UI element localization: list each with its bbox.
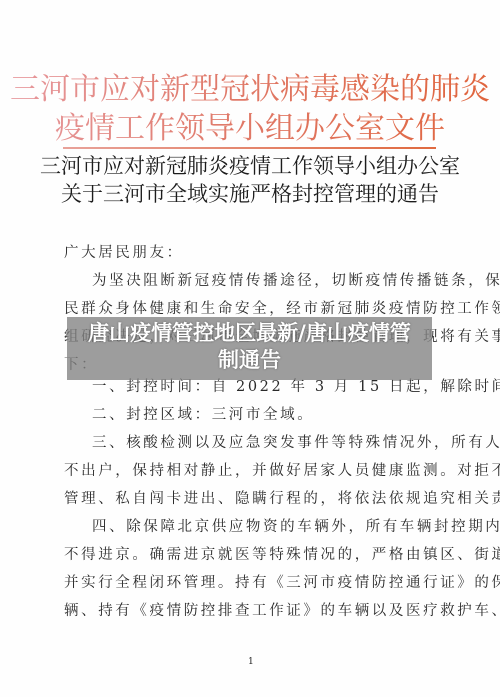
body-line: 管理、私自闯卡进出、隐瞒行程的，将依法依规追究相关责任。 xyxy=(64,487,444,508)
greeting: 广大居民朋友： xyxy=(64,241,444,262)
body-line: 民群众身体健康和生命安全，经市新冠肺炎疫情防控工作领导小 xyxy=(64,297,444,318)
body-line: 不得进京。确需进京就医等特殊情况的，严格由镇区、街道审批， xyxy=(64,543,444,564)
body-line: 三、核酸检测以及应急突发事件等特殊情况外，所有人员足 xyxy=(64,431,472,452)
body-line: 四、除保障北京供应物资的车辆外，所有车辆封控期内一律 xyxy=(64,515,472,536)
body-line: 不出户，保持相对静止，并做好居家人员健康监测。对拒不服从 xyxy=(64,459,444,480)
page-number: 1 xyxy=(248,657,254,667)
body-line: 并实行全程闭环管理。持有《三河市疫情防控通行证》的保供车 xyxy=(64,571,444,592)
red-header-title-line1: 三河市应对新型冠状病毒感染的肺炎 xyxy=(0,64,500,108)
red-header-title-line2: 疫情工作领导小组办公室文件 xyxy=(0,103,500,147)
article-title-line1: 唐山疫情管控地区最新/唐山疫情管 xyxy=(67,320,432,347)
body-line: 辆、持有《疫情防控排查工作证》的车辆以及医疗救护车、消防 xyxy=(64,599,444,620)
red-separator-rule xyxy=(63,147,436,149)
body-line: 为坚决阻断新冠疫情传播途径，切断疫情传播链条，保障人 xyxy=(64,269,472,290)
body-line: 二、封控区域：三河市全域。 xyxy=(64,403,472,424)
article-title: 唐山疫情管控地区最新/唐山疫情管 制通告 xyxy=(67,320,432,374)
article-title-line2: 制通告 xyxy=(67,347,432,374)
notice-title-line1: 三河市应对新冠肺炎疫情工作领导小组办公室 xyxy=(0,150,500,180)
notice-title-line2: 关于三河市全域实施严格封控管理的通告 xyxy=(0,178,500,208)
